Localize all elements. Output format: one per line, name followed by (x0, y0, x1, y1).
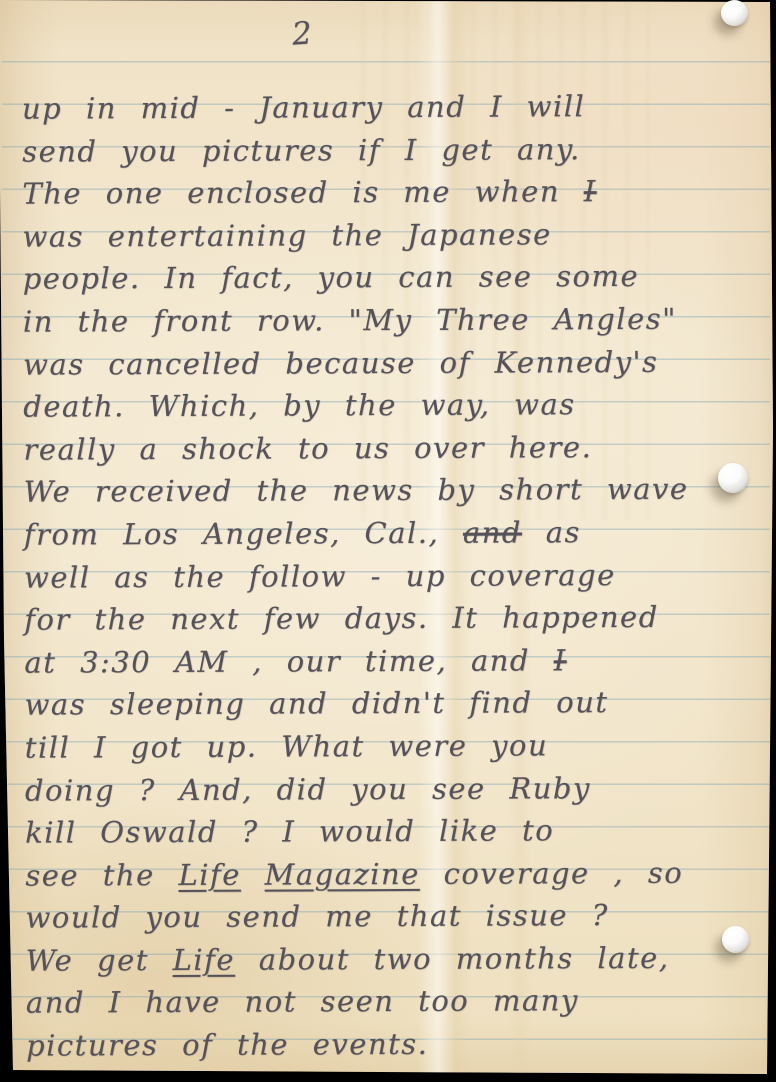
letter-word: doing ? And, did you see Ruby (25, 771, 591, 807)
letter-word: for the next few days. It happened (24, 600, 659, 637)
letter-line: The one enclosed is me when I (22, 170, 766, 216)
letter-word: as (522, 515, 581, 549)
letter-word: was cancelled because of Kennedy's (23, 344, 658, 381)
letter-line: was entertaining the Japanese (22, 212, 766, 258)
letter-line: people. In fact, you can see some (23, 255, 767, 301)
letter-word (241, 857, 265, 891)
letter-line: see the Life Magazine coverage , so (25, 851, 769, 897)
letter-line: in the front row. "My Three Angles" (23, 297, 767, 343)
letter-line: doing ? And, did you see Ruby (25, 766, 769, 812)
letter-word: We get (26, 943, 173, 978)
letter-word: at 3:30 AM , our time, and (24, 643, 553, 679)
pushpin-icon (722, 926, 749, 953)
page-number: 2 (291, 15, 313, 52)
letter-paper: 2 up in mid - January and I willsend you… (0, 0, 776, 1082)
letter-word: about two months late, (235, 941, 670, 977)
letter-line: really a shock to us over here. (23, 425, 767, 471)
pushpin-icon (718, 463, 748, 493)
letter-word: up in mid - January and I will (22, 89, 585, 125)
letter-line: kill Oswald ? I would like to (25, 808, 769, 854)
letter-word: would you send me that issue ? (25, 898, 608, 935)
letter-line: for the next few days. It happened (24, 596, 768, 642)
letter-word: was sleeping and didn't find out (24, 685, 608, 722)
letter-word: well as the follow - up coverage (24, 558, 616, 595)
letter-word: The one enclosed is me when (22, 174, 584, 210)
letter-text: up in mid - January and I willsend you p… (22, 84, 770, 1067)
letter-line: We received the news by short wave (24, 468, 768, 514)
scanned-letter-page: 2 up in mid - January and I willsend you… (0, 0, 776, 1082)
letter-word-strike: I (584, 174, 597, 208)
letter-word: people. In fact, you can see some (23, 259, 640, 296)
letter-word: and I have not seen too many (26, 984, 579, 1020)
letter-word: was entertaining the Japanese (22, 217, 551, 253)
letter-word: coverage , so (420, 855, 683, 890)
letter-word: kill Oswald ? I would like to (25, 813, 554, 849)
letter-line: We get Life about two months late, (26, 936, 770, 982)
letter-word-underline: Life (178, 857, 241, 891)
pushpin-icon (721, 0, 748, 26)
letter-line: till I got up. What were you (25, 723, 769, 769)
letter-word: pictures of the events. (26, 1027, 428, 1063)
letter-line: pictures of the events. (26, 1021, 770, 1067)
letter-word: really a shock to us over here. (23, 430, 592, 466)
letter-word: see the (25, 858, 178, 893)
letter-word-underline: Life (173, 943, 236, 977)
letter-line: up in mid - January and I will (22, 84, 766, 130)
letter-word-strike: and (463, 515, 522, 549)
letter-line: and I have not seen too many (26, 979, 770, 1025)
letter-word: send you pictures if I get any. (22, 132, 581, 168)
letter-line: would you send me that issue ? (25, 894, 769, 940)
letter-line: send you pictures if I get any. (22, 127, 766, 173)
letter-line: from Los Angeles, Cal., and as (24, 510, 768, 556)
letter-line: death. Which, by the way, was (23, 383, 767, 429)
letter-word: We received the news by short wave (24, 472, 689, 509)
letter-word: till I got up. What were you (25, 728, 548, 764)
letter-word-underline: Magazine (265, 857, 420, 892)
letter-word: in the front row. "My Three Angles" (23, 302, 677, 339)
letter-line: was sleeping and didn't find out (24, 681, 768, 727)
letter-line: well as the follow - up coverage (24, 553, 768, 599)
letter-line: was cancelled because of Kennedy's (23, 340, 767, 386)
letter-word-strike: I (554, 643, 567, 677)
letter-line: at 3:30 AM , our time, and I (24, 638, 768, 684)
letter-word: death. Which, by the way, was (23, 387, 576, 423)
letter-word: from Los Angeles, Cal., (24, 516, 463, 552)
